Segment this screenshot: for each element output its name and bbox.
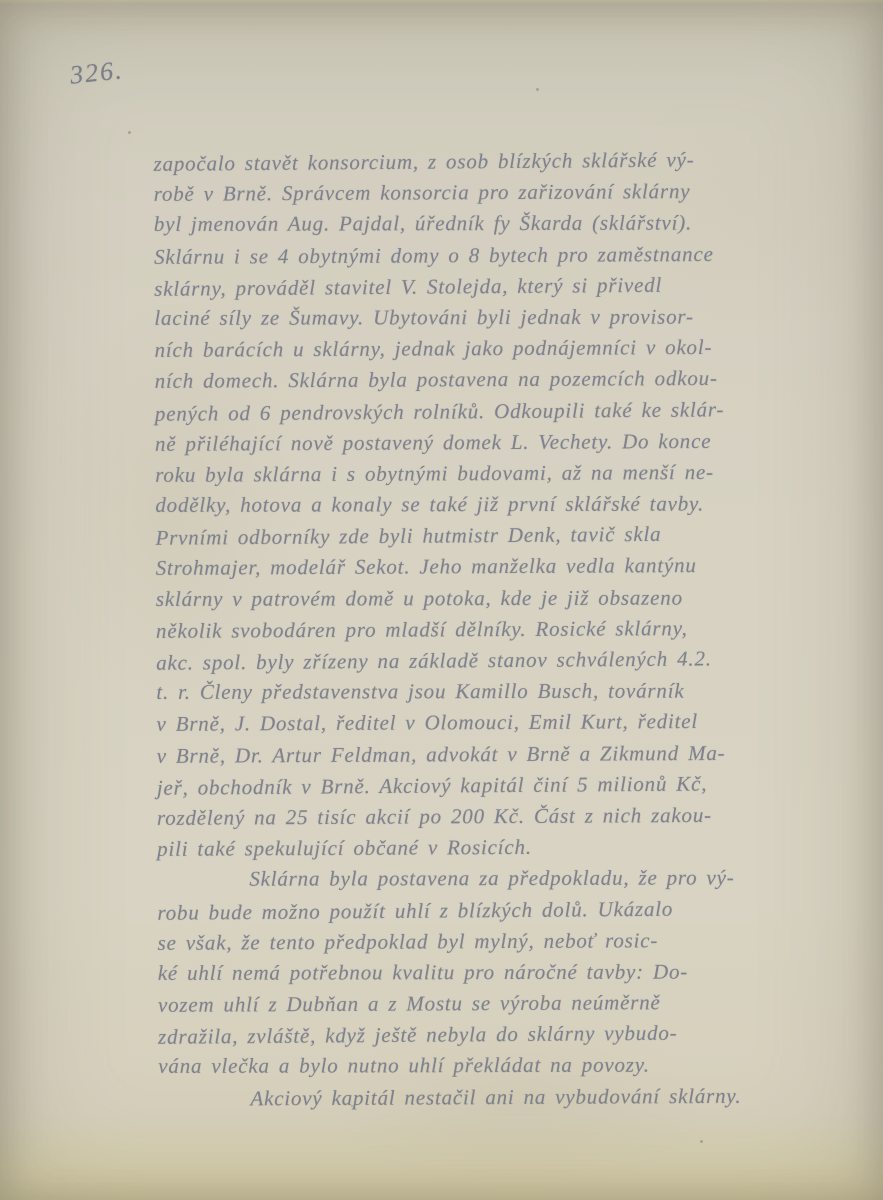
manuscript-line: Sklárnu i se 4 obytnými domy o 8 bytech … <box>154 238 860 273</box>
paper-speck <box>128 131 131 134</box>
manuscript-line: roku byla sklárna i s obytnými budovami,… <box>155 456 861 491</box>
paper-speck <box>536 88 539 91</box>
manuscript-line: rozdělený na 25 tisíc akcií po 200 Kč. Č… <box>157 799 863 834</box>
manuscript-line: několik svobodáren pro mladší dělníky. R… <box>156 612 862 647</box>
manuscript-line: pili také spekulující občané v Rosicích. <box>157 830 863 865</box>
manuscript-line: ních domech. Sklárna byla postavena na p… <box>155 362 861 397</box>
manuscript-photo: 326. započalo stavět konsorcium, z osob … <box>0 0 883 1200</box>
manuscript-line: laciné síly ze Šumavy. Ubytováni byli je… <box>154 301 860 334</box>
manuscript-line: Strohmajer, modelář Sekot. Jeho manželka… <box>156 550 862 585</box>
manuscript-line: se však, že tento předpoklad byl mylný, … <box>158 924 864 959</box>
manuscript-line: ních barácích u sklárny, jednak jako pod… <box>154 331 860 366</box>
manuscript-line: ké uhlí nemá potřebnou kvalitu pro nároč… <box>158 956 864 989</box>
manuscript-line-paragraph-start: Akciový kapitál nestačil ani na vybudová… <box>158 1080 864 1115</box>
manuscript-line: ně přiléhající nově postavený domek L. V… <box>155 425 861 460</box>
manuscript-line: vozem uhlí z Dubňan a z Mostu se výroba … <box>158 986 864 1021</box>
manuscript-text: započalo stavět konsorcium, z osob blízk… <box>153 144 864 1114</box>
manuscript-line: sklárny, prováděl stavitel V. Stolejda, … <box>154 268 860 305</box>
manuscript-line: vána vlečka a bylo nutno uhlí překládat … <box>158 1050 864 1083</box>
paper-edge <box>0 0 883 4</box>
manuscript-line: jeř, obchodník v Brně. Akciový kapitál č… <box>157 767 863 804</box>
manuscript-line: dodělky, hotova a konaly se také již prv… <box>155 488 861 521</box>
manuscript-line-paragraph-start: Sklárna byla postavena za předpokladu, ž… <box>157 862 863 895</box>
manuscript-line: Prvními odborníky zde byli hutmistr Denk… <box>155 517 861 554</box>
manuscript-line: robě v Brně. Správcem konsorcia pro zaři… <box>154 175 860 210</box>
manuscript-line: byl jmenován Aug. Pajdal, úředník fy Ška… <box>154 207 860 240</box>
page-number: 326. <box>69 55 125 90</box>
paper-speck <box>700 1140 703 1143</box>
manuscript-line: započalo stavět konsorcium, z osob blízk… <box>153 143 859 180</box>
manuscript-line: t. r. Členy představenstva jsou Kamillo … <box>156 675 862 708</box>
manuscript-line: v Brně, Dr. Artur Feldman, advokát v Brn… <box>157 737 863 772</box>
manuscript-line: robu bude možno použít uhlí z blízkých d… <box>157 892 863 929</box>
manuscript-line: zdražila, zvláště, když ještě nebyla do … <box>158 1016 864 1053</box>
manuscript-line: pených od 6 pendrovských rolníků. Odkoup… <box>155 393 861 430</box>
manuscript-line: akc. spol. byly zřízeny na základě stano… <box>156 642 862 679</box>
manuscript-line: sklárny v patrovém domě u potoka, kde je… <box>156 582 862 615</box>
manuscript-line: v Brně, J. Dostal, ředitel v Olomouci, E… <box>156 706 862 741</box>
